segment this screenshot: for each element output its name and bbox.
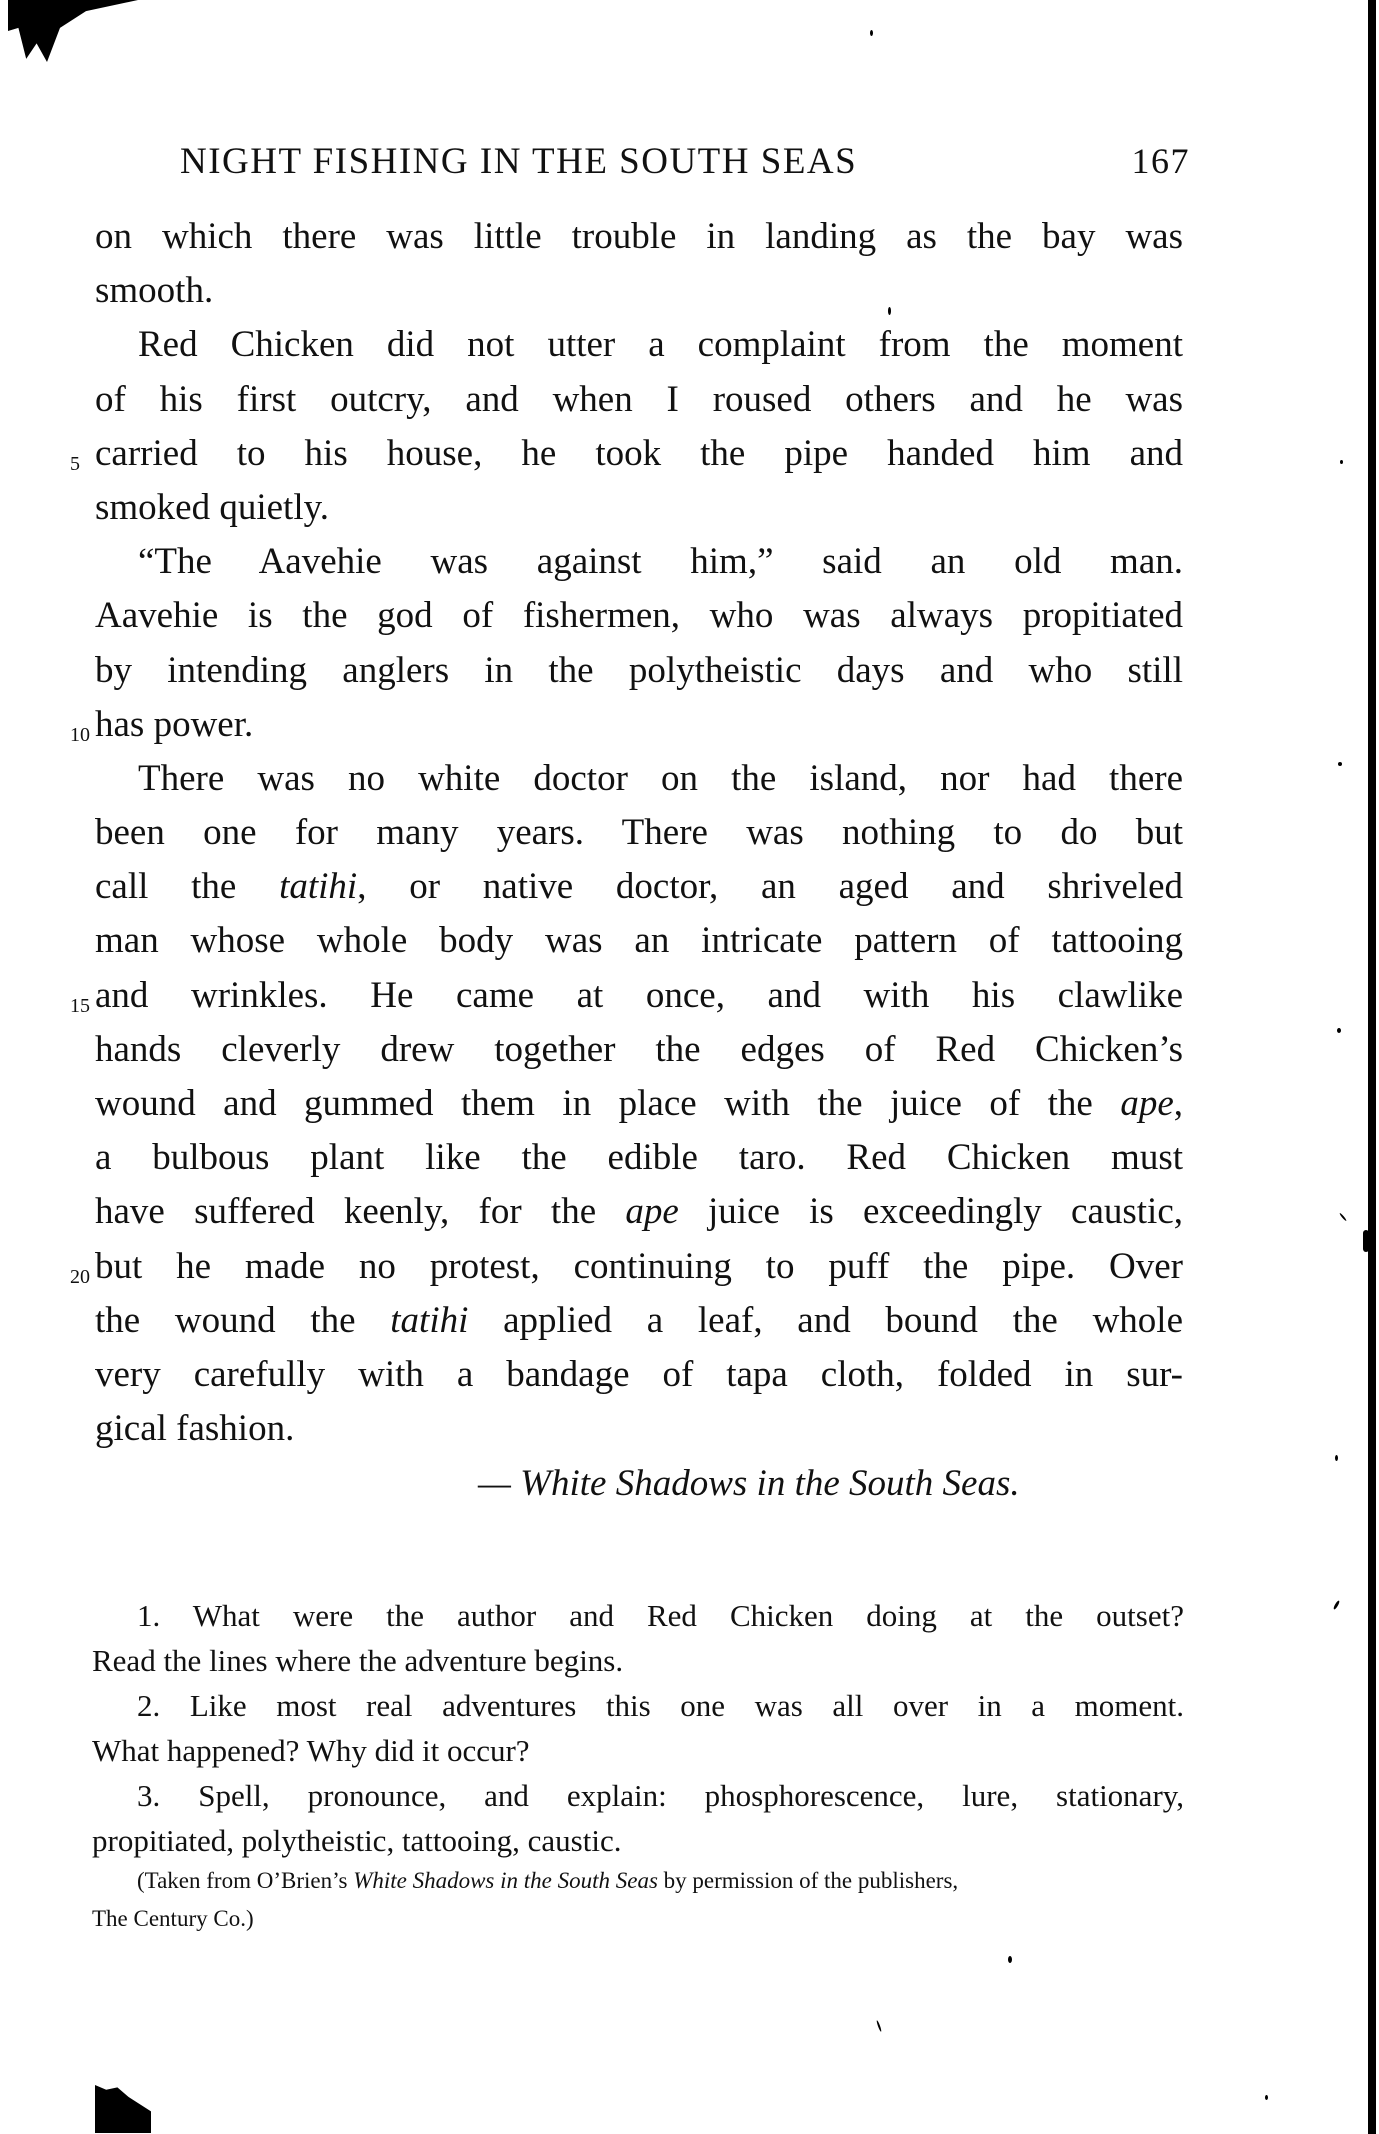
text-line: 20but he made no protest, continuing to … — [95, 1240, 1183, 1294]
permission-footnote: (Taken from O’Brien’s White Shadows in t… — [92, 1862, 1184, 1938]
scan-speck — [1333, 1600, 1341, 1610]
text-line: hands cleverly drew together the edges o… — [95, 1023, 1183, 1077]
text-line: smoked quietly. — [95, 481, 1183, 535]
text-line: been one for many years. There was nothi… — [95, 806, 1183, 860]
text-line: of his first outcry, and when I roused o… — [95, 373, 1183, 427]
question-line: Read the lines where the adventure begin… — [92, 1638, 1184, 1683]
scan-speck — [1337, 1028, 1341, 1033]
question-line: 1. What were the author and Red Chicken … — [92, 1593, 1184, 1638]
footnote-line-1: (Taken from O’Brien’s White Shadows in t… — [92, 1862, 1184, 1900]
scan-speck — [1265, 2095, 1268, 2100]
scan-speck — [1338, 762, 1342, 766]
text-line: 10has power. — [95, 698, 1183, 752]
scan-edge-border — [1368, 0, 1376, 2134]
text-line: smooth. — [95, 264, 1183, 318]
text-line: gical fashion. — [95, 1402, 1183, 1456]
text-line: Aavehie is the god of fishermen, who was… — [95, 589, 1183, 643]
question-line: propitiated, polytheistic, tattooing, ca… — [92, 1818, 1184, 1863]
text-line: “The Aavehie was against him,” said an o… — [95, 535, 1183, 589]
footnote-book-title: White Shadows in the South Seas — [353, 1868, 658, 1893]
line-number: 10 — [70, 708, 90, 762]
text-line: the wound the tatihi applied a leaf, and… — [95, 1294, 1183, 1348]
scan-speck — [1340, 460, 1343, 464]
running-title: NIGHT FISHING IN THE SOUTH SEAS — [180, 140, 857, 183]
running-header: NIGHT FISHING IN THE SOUTH SEAS 167 — [180, 140, 1190, 190]
line-number: 5 — [70, 437, 80, 491]
study-questions: 1. What were the author and Red Chicken … — [92, 1593, 1184, 1863]
scan-speck — [876, 2020, 882, 2032]
source-attribution: — White Shadows in the South Seas. — [478, 1462, 1020, 1505]
scan-speck — [870, 30, 873, 36]
scan-artifact-bottom-left — [95, 2085, 151, 2133]
text-line: very carefully with a bandage of tapa cl… — [95, 1348, 1183, 1402]
attribution-title: White Shadows in the South Seas. — [520, 1463, 1019, 1504]
text-line: a bulbous plant like the edible taro. Re… — [95, 1131, 1183, 1185]
scan-speck — [1335, 1455, 1338, 1461]
attribution-dash: — — [478, 1463, 520, 1504]
text-line: have suffered keenly, for the ape juice … — [95, 1185, 1183, 1239]
question-line: 2. Like most real adventures this one wa… — [92, 1683, 1184, 1728]
line-number: 15 — [70, 979, 90, 1033]
text-line: on which there was little trouble in lan… — [95, 210, 1183, 264]
text-line: call the tatihi, or native doctor, an ag… — [95, 860, 1183, 914]
footnote-line-2: The Century Co.) — [92, 1900, 1184, 1938]
scan-speck — [1008, 1956, 1012, 1963]
line-number: 20 — [70, 1250, 90, 1304]
text-line: Red Chicken did not utter a complaint fr… — [95, 318, 1183, 372]
page-number: 167 — [1132, 140, 1191, 182]
text-line: There was no white doctor on the island,… — [95, 752, 1183, 806]
text-line: man whose whole body was an intricate pa… — [95, 914, 1183, 968]
text-line: wound and gummed them in place with the … — [95, 1077, 1183, 1131]
text-line: 15and wrinkles. He came at once, and wit… — [95, 969, 1183, 1023]
scan-artifact-top-left — [8, 0, 138, 62]
question-line: 3. Spell, pronounce, and explain: phosph… — [92, 1773, 1184, 1818]
text-line: by intending anglers in the polytheistic… — [95, 644, 1183, 698]
text-line: 5carried to his house, he took the pipe … — [95, 427, 1183, 481]
passage-body: on which there was little trouble in lan… — [95, 210, 1183, 1456]
scan-speck — [1339, 1213, 1347, 1222]
question-line: What happened? Why did it occur? — [92, 1728, 1184, 1773]
